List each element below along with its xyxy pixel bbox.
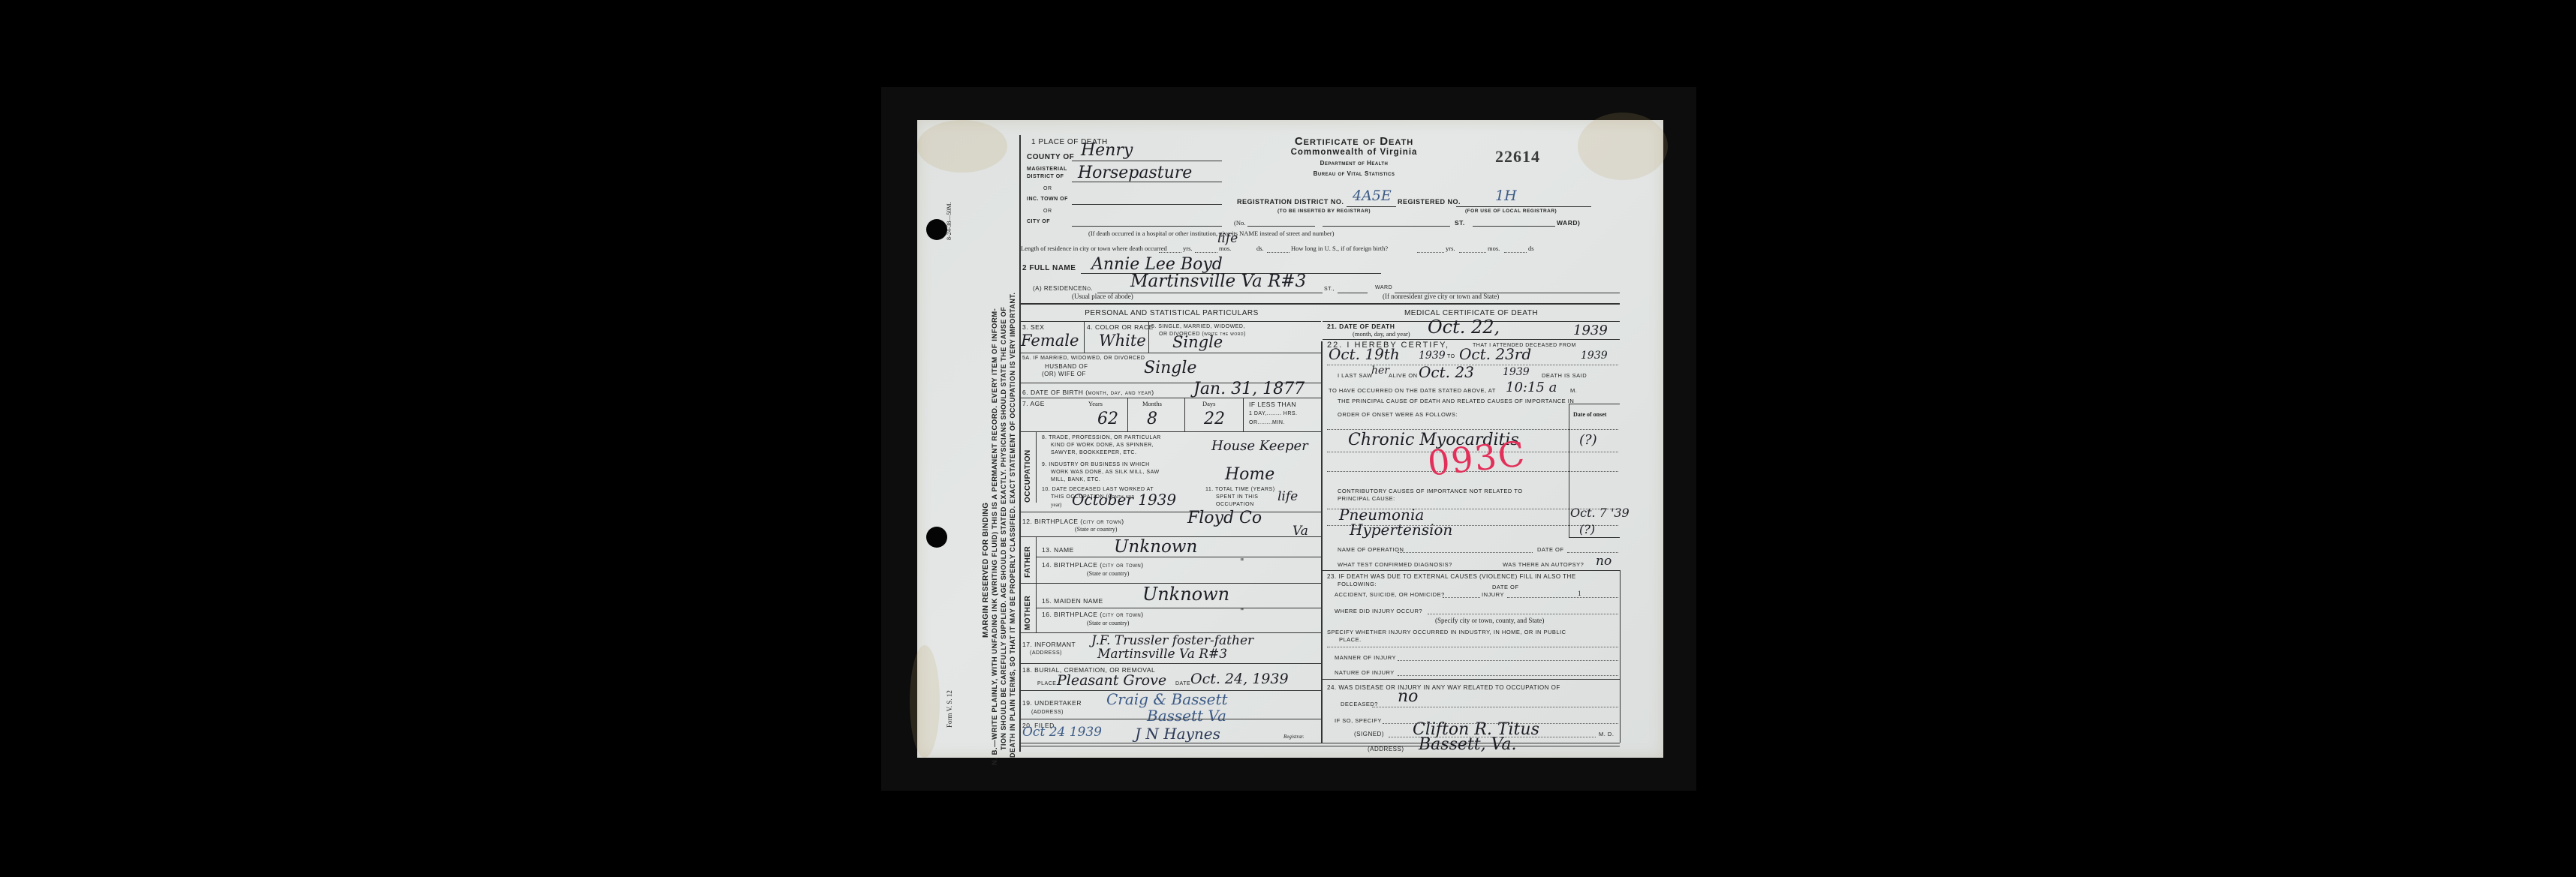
bottom-rule: [1019, 743, 1620, 743]
cell-divider: [1127, 398, 1128, 431]
section-rule: [1019, 303, 1620, 305]
cell-divider: [1084, 321, 1085, 353]
test-label: WHAT TEST CONFIRMED DIAGNOSIS?: [1338, 561, 1452, 568]
rule: [1019, 431, 1321, 432]
last-worked-label-3: year): [1051, 502, 1061, 508]
column-divider: [1321, 341, 1323, 743]
informant-address-label: (ADDRESS): [1030, 650, 1062, 656]
birthplace-label: 12. BIRTHPLACE (city or town): [1022, 518, 1124, 525]
certificate-number: 22614: [1495, 147, 1540, 167]
burial-place-label: PLACE: [1037, 681, 1056, 686]
county-label: COUNTY OF: [1027, 153, 1074, 161]
autopsy-label: WAS THERE AN AUTOPSY?: [1503, 561, 1584, 568]
undertaker-label: 19. UNDERTAKER: [1022, 699, 1082, 707]
cell-divider: [1148, 321, 1149, 353]
death-said-label: DEATH IS SAID: [1542, 372, 1587, 379]
hospital-note: (If death occurred in a hospital or othe…: [1088, 230, 1334, 237]
section-divider: [1036, 536, 1037, 583]
dotted-line: [1443, 597, 1480, 598]
margin-note-line1: N. B.—WRITE PLAINLY, WITH UNFADING INK (…: [991, 308, 999, 765]
rule: [1036, 557, 1321, 557]
ward-label: WARD): [1557, 219, 1580, 227]
external-label-2: FOLLOWING:: [1338, 581, 1377, 587]
days-label: Days: [1202, 400, 1215, 407]
industry-value: Home: [1225, 465, 1274, 484]
autopsy-value: no: [1596, 554, 1612, 569]
marital-label-1: 5. SINGLE, MARRIED, WIDOWED,: [1151, 324, 1245, 329]
alive-on-label: ALIVE ON: [1389, 372, 1418, 379]
ward-line: [1473, 226, 1555, 227]
rule: [1019, 719, 1321, 719]
total-time-label-2: SPENT IN THIS: [1216, 494, 1258, 500]
onset-column-rule: [1569, 404, 1569, 537]
mother-section-label: MOTHER: [1024, 596, 1032, 630]
rule: [1569, 537, 1620, 538]
trade-value: House Keeper: [1211, 438, 1308, 454]
certificate-title: Certificate of Death: [1241, 135, 1467, 148]
attended-from-value: Oct. 19th: [1329, 345, 1400, 363]
specify-label-2: PLACE.: [1339, 636, 1362, 643]
dotted-line: [1159, 252, 1181, 253]
dotted-line: [1567, 552, 1618, 553]
sex-label: 3. SEX: [1022, 323, 1044, 331]
stain: [1578, 113, 1668, 180]
specify-label-1: SPECIFY WHETHER INJURY OCCURRED IN INDUS…: [1327, 629, 1566, 635]
burial-date-value: Oct. 24, 1939: [1190, 671, 1289, 687]
trade-label-1: 8. TRADE, PROFESSION, OR PARTICULAR: [1042, 435, 1161, 440]
filed-value: Oct 24 1939: [1022, 725, 1102, 740]
occupation-section-label: OCCUPATION: [1024, 449, 1032, 503]
physician-address-label: (ADDRESS): [1368, 746, 1404, 752]
death-certificate: Form V. S. 12 8-24-38—50M. MARGIN RESERV…: [917, 120, 1663, 758]
date-of-death-year: 1939: [1573, 323, 1608, 338]
spouse-label-2: HUSBAND OF: [1045, 363, 1088, 370]
date-of-death-sublabel: (month, day, and year): [1353, 330, 1410, 338]
dotted-line: [1507, 597, 1618, 598]
attended-to-value: Oct. 23rd: [1459, 345, 1531, 363]
nature-label: NATURE OF INJURY: [1335, 669, 1395, 676]
form-code: Form V. S. 12: [946, 690, 953, 728]
years-label: Years: [1088, 400, 1103, 407]
stain: [910, 645, 940, 758]
street-line: [1323, 226, 1450, 227]
last-saw-pronoun: her: [1371, 365, 1389, 377]
registrar-signature: J N Haynes: [1135, 725, 1220, 743]
bureau-label: Bureau of Vital Statistics: [1241, 170, 1467, 177]
mother-name-label: 15. MAIDEN NAME: [1042, 597, 1103, 605]
dob-label: 6. DATE OF BIRTH (month, day, and year): [1022, 389, 1154, 396]
marital-value: Single: [1172, 333, 1223, 351]
rule: [1019, 663, 1321, 664]
bottom-rule: [1019, 746, 1620, 746]
accident-label: ACCIDENT, SUICIDE, OR HOMICIDE?: [1335, 591, 1445, 598]
residence-st-label: ST.,: [1324, 287, 1335, 292]
md-label: M. D.: [1599, 731, 1614, 737]
informant-label: 17. INFORMANT: [1022, 641, 1076, 648]
district-label: DISTRICT OF: [1027, 174, 1064, 179]
dotted-line: [1327, 429, 1618, 430]
spouse-label-3: (OR) WIFE OF: [1042, 371, 1086, 377]
dotted-line: [1459, 252, 1486, 253]
rule: [1036, 608, 1321, 608]
industry-label-2: WORK WAS DONE, AS SILK MILL, SAW: [1051, 470, 1160, 475]
nonresident-note: (If nonresident give city or town and St…: [1383, 293, 1499, 300]
father-birthplace-state-label: (State or country): [1087, 570, 1129, 577]
date-of-death-value: Oct. 22,: [1428, 317, 1500, 338]
where-note: (Specify city or town, county, and State…: [1435, 617, 1544, 624]
margin-note-line2: TION SHOULD BE CAREFULLY SUPPLIED. AGE S…: [1000, 307, 1007, 750]
st-label: ST.: [1455, 219, 1465, 227]
father-section-label: FATHER: [1024, 546, 1032, 578]
less-than-min: OR........MIN.: [1249, 420, 1285, 425]
dotted-line: [1428, 614, 1618, 614]
trade-label-3: SAWYER, BOOKKEEPER, ETC.: [1051, 450, 1136, 455]
less-than-label: IF LESS THAN: [1249, 401, 1296, 408]
mother-birthplace-state-label: (State or country): [1087, 620, 1129, 626]
commonwealth-subtitle: Commonwealth of Virginia: [1241, 148, 1467, 157]
dotted-line: [1195, 252, 1217, 253]
birthplace-value: Floyd Co: [1187, 509, 1262, 527]
industry-label-1: 9. INDUSTRY OR BUSINESS IN WHICH: [1042, 462, 1150, 467]
registrar-label: Registrar.: [1283, 734, 1304, 740]
cell-divider: [1243, 398, 1244, 431]
city-label: CITY OF: [1027, 219, 1050, 224]
attended-to-year: 1939: [1581, 350, 1608, 362]
rule: [1323, 570, 1620, 571]
registered-no-value: 1H: [1495, 188, 1517, 204]
father-birthplace-label: 14. BIRTHPLACE (city or town): [1042, 561, 1144, 569]
department-label: Department of Health: [1241, 160, 1467, 167]
mother-birthplace-value: ": [1240, 606, 1244, 617]
months-label: Months: [1142, 400, 1162, 407]
informant-value: J.F. Trussler foster-father: [1091, 633, 1253, 648]
residence-label: (A) RESIDENCE.: [1033, 285, 1085, 292]
spouse-label-1: 5A. IF MARRIED, WIDOWED, OR DIVORCED: [1022, 356, 1145, 361]
industry-label-3: MILL, BANK, ETC.: [1051, 477, 1100, 482]
last-saw-label: I LAST SAW: [1338, 372, 1373, 379]
contributory-label-2: PRINCIPAL CAUSE:: [1338, 495, 1395, 502]
undertaker-address-label: (ADDRESS): [1031, 710, 1064, 715]
registration-district-line: [1347, 206, 1396, 207]
margin-note-line3: DEATH IN PLAIN TERMS, SO THAT IT MAY BE …: [1009, 293, 1016, 758]
dob-value: Jan. 31, 1877: [1193, 380, 1305, 398]
cell-divider: [1184, 398, 1185, 431]
principal-onset: (?): [1579, 432, 1597, 448]
residence-length-value: life: [1217, 231, 1238, 246]
punch-hole: [926, 219, 947, 240]
magisterial-district-value: Horsepasture: [1078, 164, 1192, 182]
registration-district-note: (TO BE INSERTED BY REGISTRAR): [1277, 209, 1371, 214]
father-birthplace-value: ": [1240, 557, 1244, 567]
stain: [917, 120, 1007, 173]
date-of-death-label: 21. DATE OF DEATH: [1327, 323, 1395, 330]
race-value: White: [1099, 332, 1146, 350]
total-time-value: life: [1277, 489, 1298, 504]
occurred-label: TO HAVE OCCURRED ON THE DATE STATED ABOV…: [1329, 387, 1496, 394]
date-of-label: DATE OF: [1492, 584, 1518, 590]
contributory-onset-1: Oct. 7 '39: [1570, 506, 1630, 520]
dotted-line: [1417, 252, 1444, 253]
margin-binding-note: MARGIN RESERVED FOR BINDING: [982, 502, 990, 638]
months-value: 8: [1147, 410, 1157, 428]
yrs-label: yrs.: [1446, 245, 1455, 252]
last-saw-year: 1939: [1503, 366, 1530, 378]
contributory-onset-2: (?): [1579, 522, 1595, 536]
ds-label: ds: [1528, 245, 1534, 252]
dotted-line: [1504, 252, 1527, 253]
residence-length-label: Length of residence in city or town wher…: [1021, 245, 1167, 252]
registered-no-label: REGISTERED NO.: [1398, 198, 1461, 206]
rule: [1019, 321, 1321, 322]
section-divider: [1036, 431, 1037, 503]
magisterial-label: MAGISTERIAL: [1027, 167, 1067, 172]
yrs-label: yrs.: [1183, 245, 1193, 252]
full-name-label: 2 FULL NAME: [1022, 264, 1076, 272]
abode-note: (Usual place of abode): [1072, 293, 1133, 300]
residence-ward-label: WARD: [1375, 285, 1392, 290]
personal-heading: PERSONAL AND STATISTICAL PARTICULARS: [1022, 309, 1321, 317]
burial-date-label: DATE: [1175, 681, 1190, 686]
to-label: TO: [1447, 354, 1455, 359]
total-time-label-1: 11. TOTAL TIME (YEARS): [1205, 487, 1275, 492]
registration-district-label: REGISTRATION DISTRICT NO.: [1237, 198, 1344, 206]
contributory-cause-2: Hypertension: [1350, 521, 1452, 539]
less-than-hrs: 1 DAY,........ HRS.: [1249, 411, 1297, 416]
principal-label-1: THE PRINCIPAL CAUSE OF DEATH AND RELATED…: [1338, 398, 1574, 404]
occupation-related-value: no: [1398, 687, 1418, 706]
operation-date-label: DATE OF: [1537, 546, 1563, 553]
rule: [1323, 339, 1620, 340]
punch-hole: [926, 527, 947, 548]
dotted-line: [1398, 552, 1533, 553]
trade-label-2: KIND OF WORK DONE, AS SPINNER,: [1051, 443, 1154, 448]
if-so-label: IF SO, SPECIFY: [1335, 717, 1382, 724]
residence-value: Martinsville Va R#3: [1130, 272, 1306, 291]
right-edge-rule: [1620, 570, 1621, 743]
registration-district-value: 4A5E: [1353, 188, 1392, 204]
or-label: OR: [1043, 186, 1052, 191]
st-line: [1338, 293, 1368, 293]
county-line: [1072, 161, 1222, 161]
signed-label: (SIGNED): [1354, 731, 1384, 737]
days-value: 22: [1204, 410, 1225, 428]
form-left-rule: [1019, 135, 1021, 752]
dotted-line: [1327, 647, 1618, 647]
injury-mark: 1: [1578, 590, 1581, 597]
registered-no-note: (FOR USE OF LOCAL REGISTRAR): [1465, 209, 1557, 214]
inc-town-label: INC. TOWN OF: [1027, 197, 1068, 202]
no-line: [1247, 226, 1315, 227]
where-label: WHERE DID INJURY OCCUR?: [1335, 608, 1422, 614]
dotted-line: [1267, 252, 1290, 253]
total-time-label-3: OCCUPATION: [1216, 502, 1254, 507]
foreign-birth-label: How long in U. S., if of foreign birth?: [1291, 245, 1388, 252]
no-label: (No.: [1234, 219, 1245, 227]
rule: [1019, 398, 1321, 398]
print-code: 8-24-38—50M.: [946, 203, 952, 240]
father-name-value: Unknown: [1114, 537, 1197, 557]
contributory-label-1: CONTRIBUTORY CAUSES OF IMPORTANCE NOT RE…: [1338, 488, 1523, 494]
race-label: 4. COLOR OR RACE: [1087, 323, 1154, 331]
last-worked-value: October 1939: [1072, 491, 1176, 509]
external-label-1: 23. IF DEATH WAS DUE TO EXTERNAL CAUSES …: [1327, 573, 1576, 580]
rule: [1019, 512, 1321, 512]
principal-label-2: ORDER OF ONSET WERE AS FOLLOWS:: [1338, 411, 1458, 418]
birthplace-state-label: (State or country): [1075, 526, 1117, 533]
mos-label: mos.: [1488, 245, 1500, 252]
physician-address-value: Bassett, Va.: [1419, 735, 1517, 754]
occupation-related-label-1: 24. WAS DISEASE OR INJURY IN ANY WAY REL…: [1327, 684, 1560, 691]
years-value: 62: [1097, 410, 1118, 428]
residence-no-label: No.: [1082, 285, 1093, 292]
undertaker-address-value: Bassett Va: [1147, 707, 1226, 725]
dotted-line: [1398, 675, 1618, 676]
age-label: 7. AGE: [1022, 400, 1045, 407]
attended-from-year: 1939: [1419, 350, 1446, 362]
time-suffix: M.: [1570, 387, 1577, 394]
mother-name-value: Unknown: [1142, 584, 1229, 605]
rule: [1019, 353, 1321, 353]
ds-label: ds.: [1256, 245, 1264, 252]
rule: [1323, 679, 1620, 680]
last-saw-date: Oct. 23: [1419, 363, 1474, 381]
dotted-line: [1372, 707, 1618, 707]
dotted-line: [1398, 660, 1618, 661]
inc-town-line: [1072, 204, 1222, 205]
county-value: Henry: [1081, 141, 1133, 160]
undertaker-value: Craig & Bassett: [1106, 690, 1228, 708]
injury-label: INJURY: [1482, 591, 1504, 598]
spouse-value: Single: [1144, 359, 1196, 377]
manner-label: MANNER OF INJURY: [1335, 654, 1396, 661]
city-line: [1072, 226, 1222, 227]
informant-address-value: Martinsville Va R#3: [1097, 647, 1227, 662]
or-label: OR: [1043, 209, 1052, 214]
time-of-death: 10:15 a: [1506, 380, 1557, 395]
onset-header: Date of onset: [1573, 411, 1606, 418]
father-name-label: 13. NAME: [1042, 546, 1074, 554]
mother-birthplace-label: 16. BIRTHPLACE (city or town): [1042, 611, 1144, 618]
burial-place-value: Pleasant Grove: [1057, 672, 1166, 689]
registered-no-line: [1456, 206, 1591, 207]
operation-label: NAME OF OPERATION: [1338, 546, 1404, 553]
rule: [1569, 404, 1620, 404]
sex-value: Female: [1021, 332, 1079, 350]
